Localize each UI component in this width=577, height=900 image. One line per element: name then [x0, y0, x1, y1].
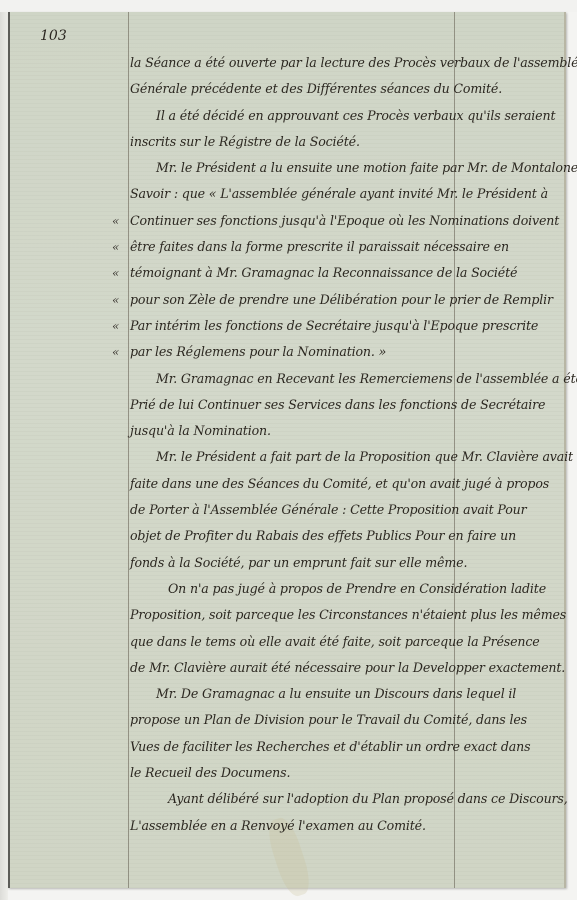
text-line: On n'a pas jugé à propos de Prendre en C…	[130, 576, 560, 602]
text-line: Vues de faciliter les Recherches et d'ét…	[130, 734, 560, 760]
text-line: Mr. Gramagnac en Recevant les Remercieme…	[130, 366, 560, 392]
text-line: Mr. le Président a fait part de la Propo…	[130, 444, 560, 470]
text-line: Savoir : que « L'assemblée générale ayan…	[130, 181, 560, 207]
binding-edge	[0, 0, 8, 900]
text-line: Continuer ses fonctions jusqu'à l'Epoque…	[130, 213, 559, 228]
text-line: Proposition, soit parceque les Circonsta…	[130, 602, 560, 628]
quote-mark: «	[112, 287, 119, 313]
text-line: être faites dans la forme prescrite il p…	[130, 239, 509, 254]
manuscript-text: la Séance a été ouverte par la lecture d…	[130, 50, 560, 839]
text-line: L'assemblée en a Renvoyé l'examen au Com…	[130, 813, 560, 839]
text-line: faite dans une des Séances du Comité, et…	[130, 471, 560, 497]
text-line: inscrits sur le Régistre de la Société.	[130, 129, 560, 155]
text-line: Ayant délibéré sur l'adoption du Plan pr…	[130, 786, 560, 812]
quoted-line: « Par intérim les fonctions de Secrétair…	[130, 313, 560, 339]
text-line: la Séance a été ouverte par la lecture d…	[130, 50, 560, 76]
text-line: Mr. le Président a lu ensuite une motion…	[130, 155, 560, 181]
text-line: fonds à la Société, par un emprunt fait …	[130, 550, 560, 576]
quote-mark: «	[112, 313, 119, 339]
folio-number: 103	[40, 28, 67, 44]
text-line: que dans le tems où elle avait été faite…	[130, 629, 560, 655]
quote-mark: «	[112, 260, 119, 286]
quote-mark: «	[112, 234, 119, 260]
text-line: par les Réglemens pour la Nomination. »	[130, 344, 386, 359]
text-line: Mr. De Gramagnac a lu ensuite un Discour…	[130, 681, 560, 707]
quoted-line: « être faites dans la forme prescrite il…	[130, 234, 560, 260]
manuscript-page: 103 la Séance a été ouverte par la lectu…	[8, 12, 566, 888]
text-line: Il a été décidé en approuvant ces Procès…	[130, 103, 560, 129]
top-margin	[0, 0, 577, 12]
text-line: Par intérim les fonctions de Secrétaire …	[130, 318, 538, 333]
text-line: témoignant à Mr. Gramagnac la Reconnaiss…	[130, 265, 517, 280]
text-line: le Recueil des Documens.	[130, 760, 560, 786]
text-line: Prié de lui Continuer ses Services dans …	[130, 392, 560, 418]
quoted-line: « pour son Zèle de prendre une Délibérat…	[130, 287, 560, 313]
text-line: de Porter à l'Assemblée Générale : Cette…	[130, 497, 560, 523]
quote-mark: «	[112, 339, 119, 365]
text-line: propose un Plan de Division pour le Trav…	[130, 707, 560, 733]
text-line: Générale précédente et des Différentes s…	[130, 76, 560, 102]
text-line: pour son Zèle de prendre une Délibératio…	[130, 292, 553, 307]
quoted-line: « par les Réglemens pour la Nomination. …	[130, 339, 560, 365]
quote-mark: «	[112, 208, 119, 234]
quoted-line: « Continuer ses fonctions jusqu'à l'Epoq…	[130, 208, 560, 234]
text-line: de Mr. Clavière aurait été nécessaire po…	[130, 655, 560, 681]
left-margin-rule	[128, 12, 129, 888]
text-line: jusqu'à la Nomination.	[130, 418, 560, 444]
quoted-line: « témoignant à Mr. Gramagnac la Reconnai…	[130, 260, 560, 286]
text-line: objet de Profiter du Rabais des effets P…	[130, 523, 560, 549]
